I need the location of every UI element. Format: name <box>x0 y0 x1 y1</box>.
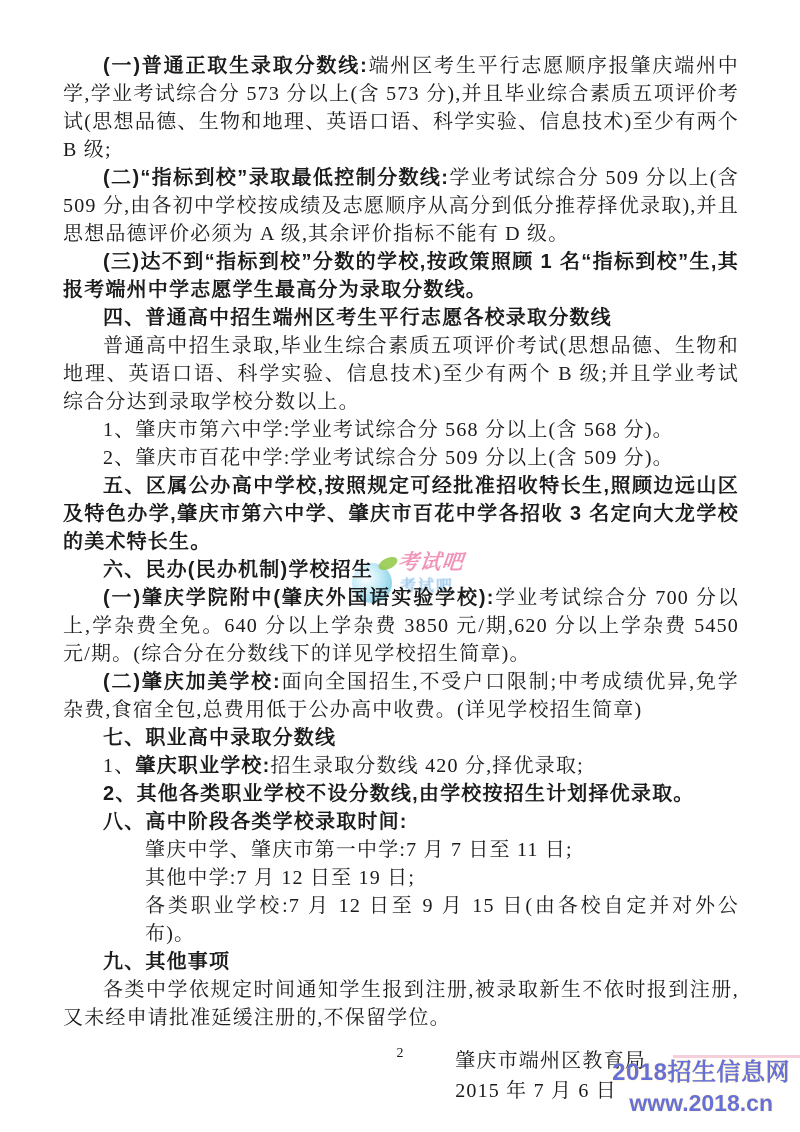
document-paragraph: 各类中学依规定时间通知学生报到注册,被录取新生不依时报到注册,又未经申请批准延缓… <box>63 976 739 1032</box>
document-paragraph: 九、其他事项 <box>63 948 739 976</box>
text-run: (一)肇庆学院附中(肇庆外国语实验学校): <box>103 587 495 609</box>
text-run: 四、普通高中招生端州区考生平行志愿各校录取分数线 <box>103 307 612 329</box>
text-run: 八、高中阶段各类学校录取时间: <box>103 811 408 833</box>
document-paragraph: 2、其他各类职业学校不设分数线,由学校按招生计划择优录取。 <box>63 780 739 808</box>
site-watermark: 2018招生信息网 www.2018.cn <box>490 1058 790 1118</box>
document-paragraph: 七、职业高中录取分数线 <box>63 724 739 752</box>
document-paragraph: (三)达不到“指标到校”分数的学校,按政策照顾 1 名“指标到校”生,其报考端州… <box>63 248 739 304</box>
document-body: (一)普通正取生录取分数线:端州区考生平行志愿顺序报肇庆端州中学,学业考试综合分… <box>63 52 739 1106</box>
document-paragraph: 五、区属公办高中学校,按照规定可经批准招收特长生,照顾边远山区及特色办学,肇庆市… <box>63 472 739 556</box>
text-run: 2、肇庆市百花中学:学业考试综合分 509 分以上(含 509 分)。 <box>103 447 674 469</box>
document-paragraph: (二)“指标到校”录取最低控制分数线:学业考试综合分 509 分以上(含 509… <box>63 164 739 248</box>
text-run: (二)“指标到校”录取最低控制分数线: <box>103 167 449 189</box>
text-run: 1、肇庆市第六中学:学业考试综合分 568 分以上(含 568 分)。 <box>103 419 674 441</box>
text-run: 普通高中招生录取,毕业生综合素质五项评价考试(思想品德、生物和地理、英语口语、科… <box>63 335 739 413</box>
text-run: 其他中学:7 月 12 日至 19 日; <box>145 867 415 889</box>
text-run: 肇庆职业学校: <box>135 755 270 777</box>
document-paragraph: (一)普通正取生录取分数线:端州区考生平行志愿顺序报肇庆端州中学,学业考试综合分… <box>63 52 739 164</box>
site-watermark-title: 2018招生信息网 <box>490 1058 790 1088</box>
text-run: 九、其他事项 <box>103 951 230 973</box>
document-paragraph: 普通高中招生录取,毕业生综合素质五项评价考试(思想品德、生物和地理、英语口语、科… <box>63 332 739 416</box>
text-run: 五、区属公办高中学校,按照规定可经批准招收特长生,照顾边远山区及特色办学,肇庆市… <box>63 475 739 553</box>
text-run: 肇庆中学、肇庆市第一中学:7 月 7 日至 11 日; <box>145 839 573 861</box>
text-run: 1、 <box>103 755 135 777</box>
text-run: (一)普通正取生录取分数线: <box>103 55 368 77</box>
text-run: 六、民办(民办机制)学校招生 <box>103 559 373 581</box>
document-paragraph: 1、肇庆职业学校:招生录取分数线 420 分,择优录取; <box>63 752 739 780</box>
document-paragraph: 1、肇庆市第六中学:学业考试综合分 568 分以上(含 568 分)。 <box>63 416 739 444</box>
document-paragraph: 八、高中阶段各类学校录取时间: <box>63 808 739 836</box>
document-paragraph: 肇庆中学、肇庆市第一中学:7 月 7 日至 11 日; <box>63 836 739 864</box>
text-run: 各类职业学校:7 月 12 日至 9 月 15 日(由各校自定并对外公布)。 <box>145 895 739 945</box>
text-run: 七、职业高中录取分数线 <box>103 727 336 749</box>
document-paragraph: (一)肇庆学院附中(肇庆外国语实验学校):学业考试综合分 700 分以上,学杂费… <box>63 584 739 668</box>
document-paragraph: (二)肇庆加美学校:面向全国招生,不受户口限制;中考成绩优异,免学杂费,食宿全包… <box>63 668 739 724</box>
text-run: (三)达不到“指标到校”分数的学校,按政策照顾 1 名“指标到校”生,其报考端州… <box>63 251 739 301</box>
document-paragraph: 其他中学:7 月 12 日至 19 日; <box>63 864 739 892</box>
text-run: 2、其他各类职业学校不设分数线,由学校按招生计划择优录取。 <box>103 783 694 805</box>
document-paragraph: 2、肇庆市百花中学:学业考试综合分 509 分以上(含 509 分)。 <box>63 444 739 472</box>
document-paragraph: 四、普通高中招生端州区考生平行志愿各校录取分数线 <box>63 304 739 332</box>
text-run: 招生录取分数线 420 分,择优录取; <box>270 755 583 777</box>
document-paragraph: 各类职业学校:7 月 12 日至 9 月 15 日(由各校自定并对外公布)。 <box>63 892 739 948</box>
text-run: (二)肇庆加美学校: <box>103 671 281 693</box>
text-run: 各类中学依规定时间通知学生报到注册,被录取新生不依时报到注册,又未经申请批准延缓… <box>63 979 739 1029</box>
document-paragraph: 六、民办(民办机制)学校招生 <box>63 556 739 584</box>
site-watermark-url: www.2018.cn <box>490 1088 790 1118</box>
